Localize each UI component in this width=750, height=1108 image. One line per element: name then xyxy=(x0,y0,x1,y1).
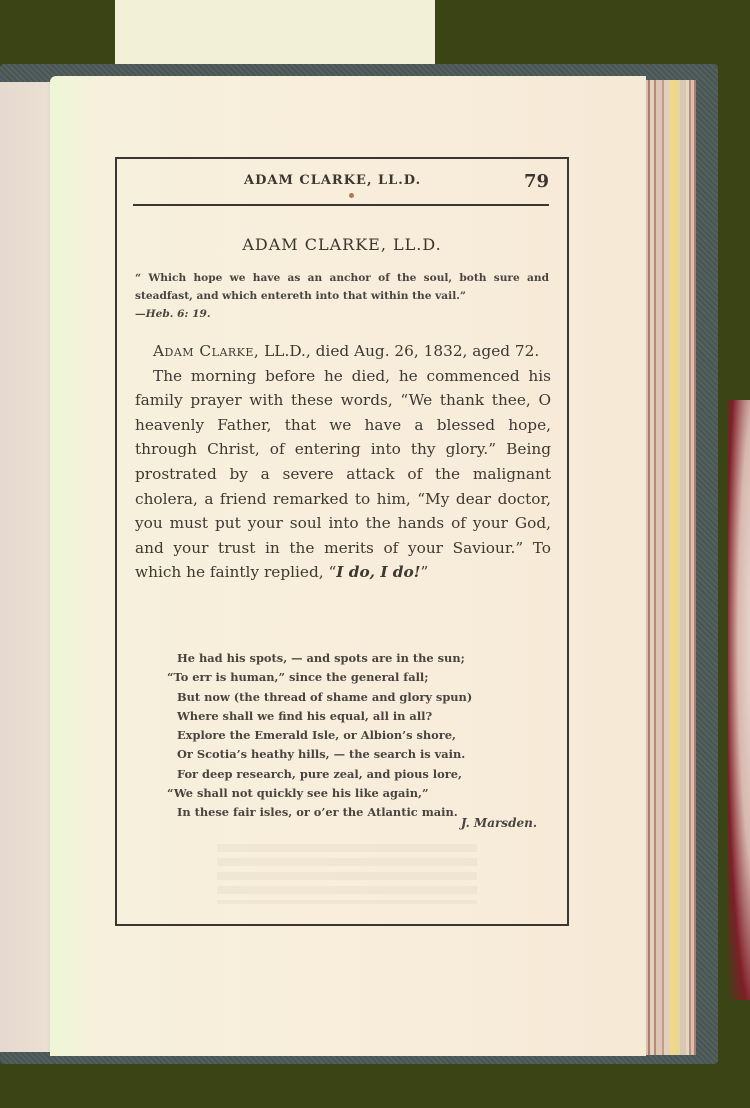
subject-name: Adam Clarke, xyxy=(153,342,259,360)
paragraph-1-text: LL.D., died Aug. 26, 1832, aged 72. xyxy=(259,342,539,360)
final-words: I do, I do! xyxy=(336,563,420,581)
poem: He had his spots, — and spots are in the… xyxy=(177,649,472,823)
running-head: ADAM CLARKE, LL.D. 79 xyxy=(117,171,567,195)
poem-line: But now (the thread of shame and glory s… xyxy=(177,688,472,707)
paragraph-2: The morning before he died, he commenced… xyxy=(135,364,551,585)
epigraph-text: “ Which hope we have as an anchor of the… xyxy=(135,272,549,302)
poem-line: Or Scotia’s heathy hills, — the search i… xyxy=(177,745,472,764)
epigraph-dash: — xyxy=(135,308,146,320)
text-frame: ADAM CLARKE, LL.D. 79 ADAM CLARKE, LL.D.… xyxy=(115,157,569,926)
poem-line: Where shall we find his equal, all in al… xyxy=(177,707,472,726)
poem-line: Explore the Emerald Isle, or Albion’s sh… xyxy=(177,726,472,745)
poem-line: “To err is human,” since the general fal… xyxy=(167,668,472,687)
page-edges xyxy=(640,80,696,1055)
poem-author: J. Marsden. xyxy=(461,816,537,830)
poem-line: In these fair isles, or o’er the Atlanti… xyxy=(177,803,472,822)
background-object xyxy=(728,400,750,1000)
body-text: Adam Clarke, LL.D., died Aug. 26, 1832, … xyxy=(135,339,551,585)
poem-line: “We shall not quickly see his like again… xyxy=(167,784,472,803)
page-number: 79 xyxy=(524,171,549,192)
chapter-title: ADAM CLARKE, LL.D. xyxy=(117,235,567,254)
poem-line: He had his spots, — and spots are in the… xyxy=(177,649,472,668)
closing-quote: ” xyxy=(420,563,428,581)
paragraph-1: Adam Clarke, LL.D., died Aug. 26, 1832, … xyxy=(135,339,551,364)
epigraph-reference: Heb. 6: 19. xyxy=(146,308,211,320)
running-title: ADAM CLARKE, LL.D. xyxy=(244,173,421,188)
ink-spot xyxy=(349,193,354,198)
poem-line: For deep research, pure zeal, and pious … xyxy=(177,765,472,784)
bleed-through-texture xyxy=(217,844,477,904)
paragraph-2-text: The morning before he died, he commenced… xyxy=(135,367,551,582)
header-rule xyxy=(133,204,549,206)
epigraph: “ Which hope we have as an anchor of the… xyxy=(135,269,549,323)
